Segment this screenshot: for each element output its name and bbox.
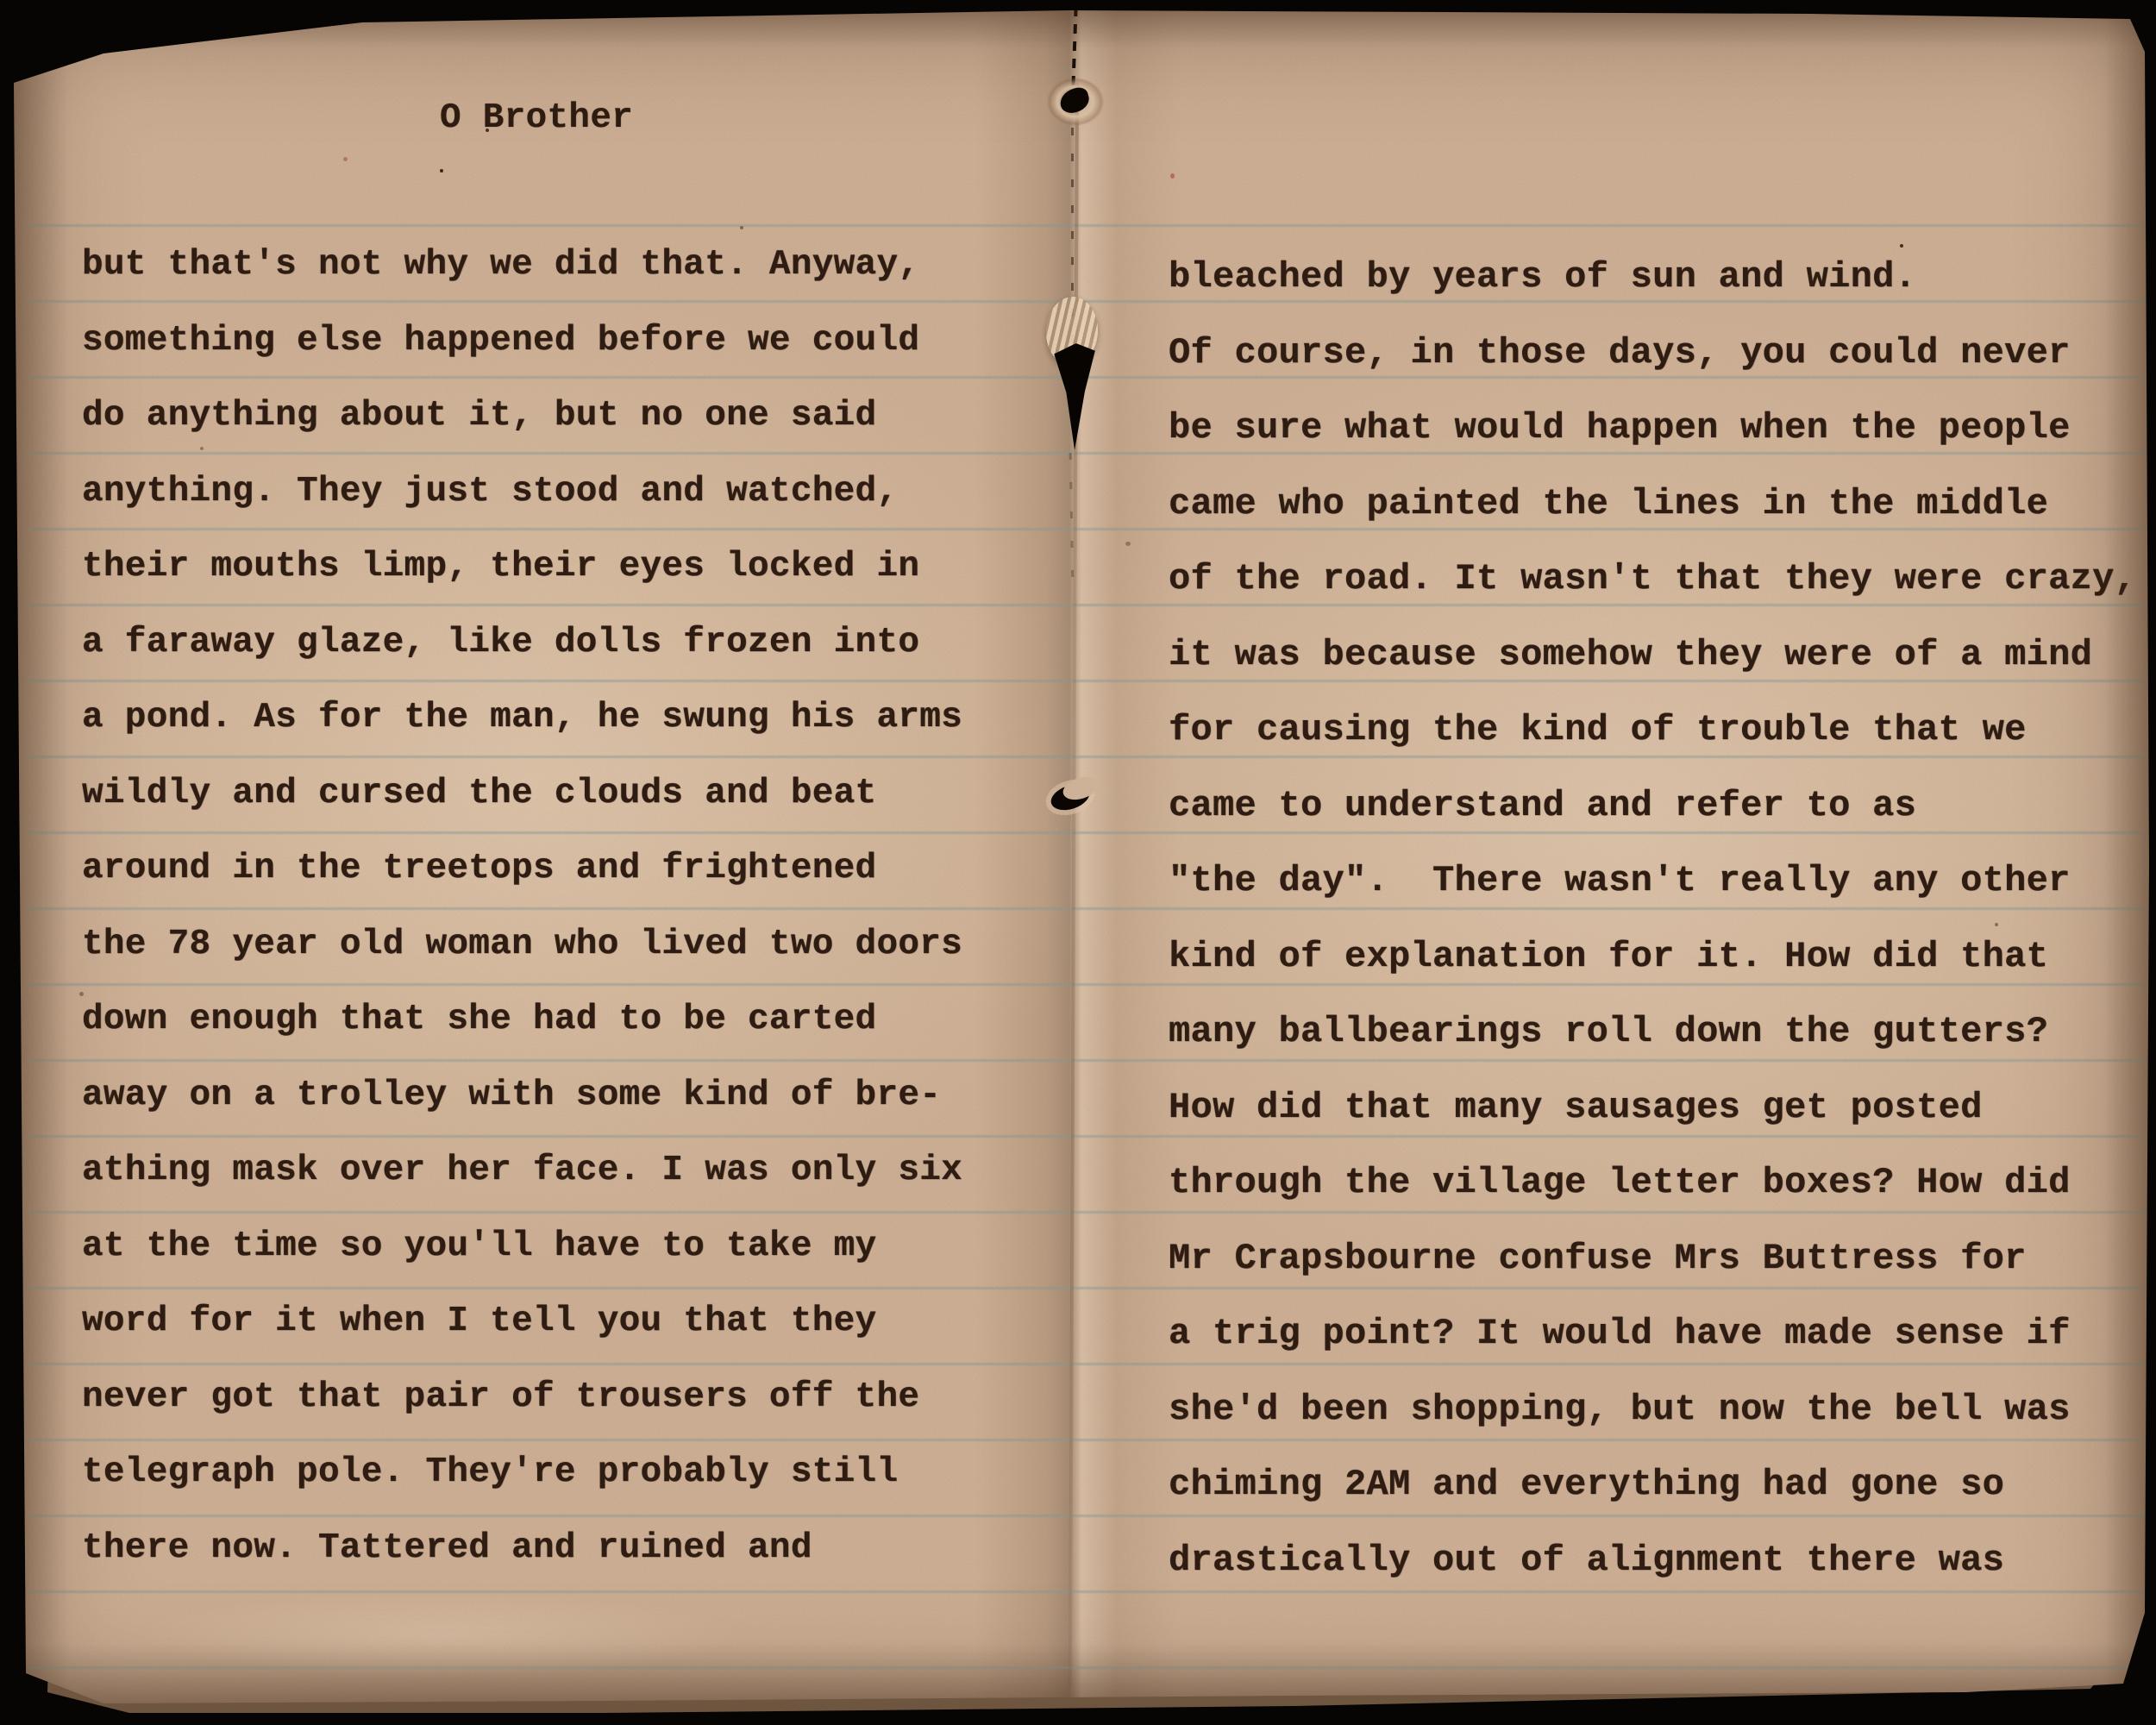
paper-speck [1125,542,1131,546]
binding-hole-crescent [1044,775,1099,818]
typewritten-line: Mr Crapsbourne confuse Mrs Buttress for [1169,1221,2136,1297]
typewritten-line: of the road. It wasn't that they were cr… [1169,542,2136,618]
typewritten-line: something else happened before we could [82,304,962,379]
typewritten-line: away on a trolley with some kind of bre- [82,1058,962,1134]
typewritten-line: wildly and cursed the clouds and beat [82,756,962,832]
typewritten-line: never got that pair of trousers off the [82,1360,962,1436]
typewritten-line: it was because somehow they were of a mi… [1169,618,2136,693]
bottom-edge-highlight [138,1591,742,1678]
typewritten-line: telegraph pole. They're probably still [82,1435,962,1511]
typewritten-line: bleached by years of sun and wind. [1169,240,2136,316]
typewritten-line: word for it when I tell you that they [82,1284,962,1360]
typewritten-line: but that's not why we did that. Anyway, [82,228,962,304]
typewritten-line: many ballbearings roll down the gutters? [1169,994,2136,1070]
typewritten-line: around in the treetops and frightened [82,831,962,907]
typewritten-line: a faraway glaze, like dolls frozen into [82,605,962,681]
typewritten-line: a pond. As for the man, he swung his arm… [82,681,962,756]
typewritten-line: a trig point? It would have made sense i… [1169,1296,2136,1372]
paper-speck [1900,244,1903,248]
typewritten-line: there now. Tattered and ruined and [82,1511,962,1587]
paper-speck [200,447,204,450]
typewritten-line: kind of explanation for it. How did that [1169,919,2136,995]
typewritten-line: anything. They just stood and watched, [82,455,962,530]
typewritten-line: How did that many sausages get posted [1169,1070,2136,1146]
typewritten-line: do anything about it, but no one said [82,379,962,455]
typewritten-line: she'd been shopping, but now the bell wa… [1169,1372,2136,1448]
typewritten-line: Of course, in those days, you could neve… [1169,316,2136,392]
typewritten-line: "the day". There wasn't really any other [1169,844,2136,919]
paper-speck [740,226,743,229]
paper-speck [79,992,84,996]
typewritten-line: for causing the kind of trouble that we [1169,693,2136,768]
typewritten-line: their mouths limp, their eyes locked in [82,530,962,605]
notebook-spread: O Brother but that's not why we did that… [0,0,2156,1725]
typewritten-line: at the time so you'll have to take my [82,1209,962,1285]
typewritten-line: came to understand and refer to as [1169,768,2136,844]
typewritten-line: drastically out of alignment there was [1169,1523,2136,1599]
paper-speck [486,129,489,132]
binding-hole [1047,78,1104,126]
typewritten-line: down enough that she had to be carted [82,982,962,1058]
typewritten-line: the 78 year old woman who lived two door… [82,907,962,983]
page-title: O Brother [440,97,633,140]
paper-speck [1170,173,1175,179]
binding-stitch-thread [1071,7,1077,86]
left-page-text: but that's not why we did that. Anyway, … [82,228,962,1586]
typewritten-line: athing mask over her face. I was only si… [82,1133,962,1209]
paper-speck [1995,923,1998,926]
typewritten-line: chiming 2AM and everything had gone so [1169,1447,2136,1523]
typewritten-line: came who painted the lines in the middle [1169,467,2136,543]
typewritten-line: through the village letter boxes? How di… [1169,1145,2136,1221]
scanned-notebook-photo: O Brother but that's not why we did that… [0,0,2156,1725]
paper-speck [343,157,348,161]
paper-speck [440,169,443,172]
right-page-text: bleached by years of sun and wind. Of co… [1169,240,2136,1598]
typewritten-line: be sure what would happen when the peopl… [1169,391,2136,467]
